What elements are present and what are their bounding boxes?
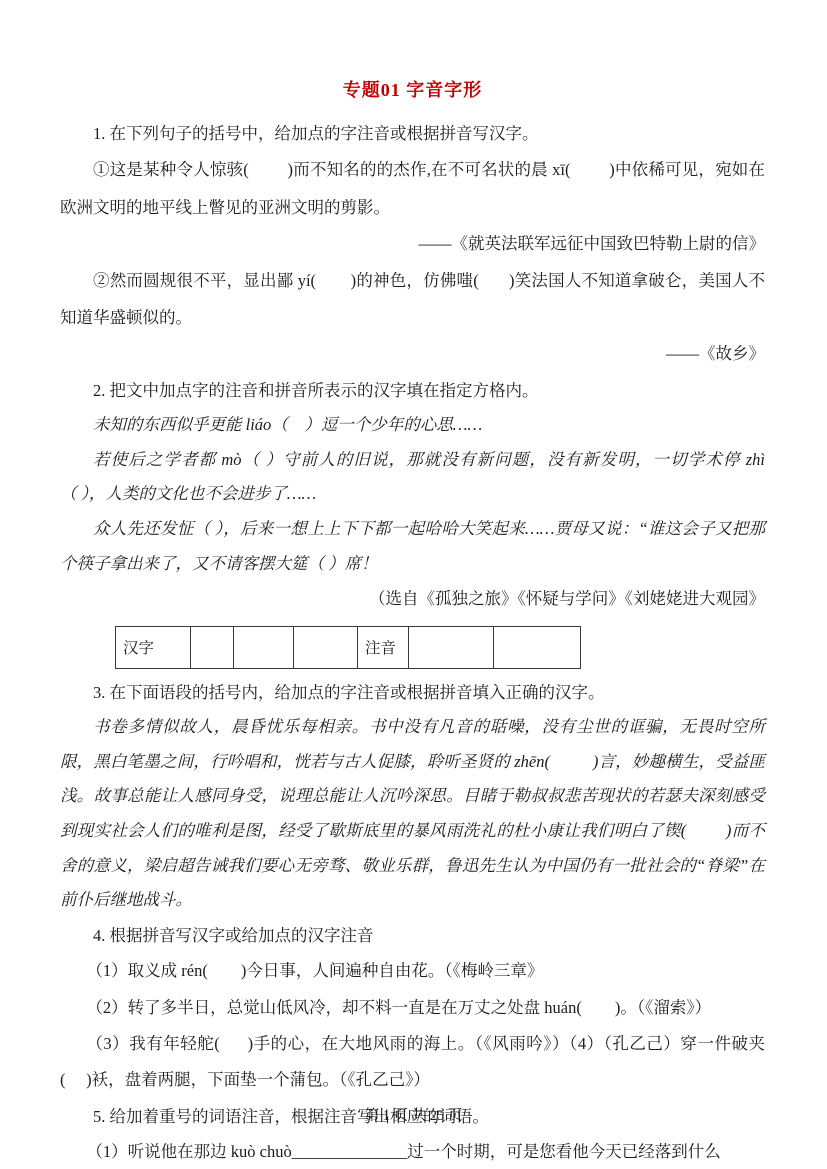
table-cell-zhuyin-label: 注音: [358, 626, 409, 668]
q1-item1: ①这是某种令人惊骇( )而不知名的的杰作,在不可名状的晨 xī( )中依稀可见，…: [60, 151, 765, 225]
q4-stem: 4. 根据拼音写汉字或给加点的汉字注音: [60, 918, 765, 953]
table-cell-blank: [409, 626, 494, 668]
q1-source2: ——《故乡》: [60, 336, 765, 372]
q2-passage-3: 众人先还发怔（ ），后来一想上上下下都一起哈哈大笑起来……贾母又说：“谁这会子又…: [60, 512, 765, 581]
worksheet-page: 专题01 字音字形 1. 在下列句子的括号中，给加点的字注音或根据拼音写汉字。 …: [0, 0, 827, 1169]
q3-stem: 3. 在下面语段的括号内，给加点的字注音或根据拼音填入正确的汉字。: [60, 675, 765, 710]
q2-passage-1: 未知的东西似乎更能 liáo（ ）逗一个少年的心思……: [60, 408, 765, 443]
table-cell-blank: [294, 626, 358, 668]
answer-table: 汉字 注音: [115, 626, 581, 669]
q4-item-3-4: （3）我有年轻舵( )手的心，在大地风雨的海上。（《风雨吟》）（4）（孔乙己）穿…: [60, 1026, 765, 1099]
q4-item-2: （2）转了多半日，总觉山低风冷，却不料一直是在万丈之处盘 huán( )。（《溜…: [60, 990, 765, 1026]
q2-stem: 2. 把文中加点字的注音和拼音所表示的汉字填在指定方格内。: [60, 373, 765, 408]
answer-table-row: 汉字 注音: [116, 626, 581, 668]
table-cell-hanzi-label: 汉字: [116, 626, 191, 668]
q3-passage: 书卷多情似故人，晨昏忧乐每相亲。书中没有凡音的聒噪，没有尘世的诓骗，无畏时空所限…: [60, 710, 765, 918]
page-title: 专题01 字音字形: [60, 76, 765, 102]
q1-source1: ——《就英法联军远征中国致巴特勒上尉的信》: [60, 226, 765, 262]
q4-item-1: （1）取义成 rén( )今日事，人间遍种自由花。（《梅岭三章》: [60, 953, 765, 989]
table-cell-blank: [191, 626, 234, 668]
q2-passage-2: 若使后之学者都 mò（ ）守前人的旧说，那就没有新问题，没有新发明，一切学术停 …: [60, 443, 765, 512]
table-cell-blank: [234, 626, 294, 668]
page-footer: 第 1 页 共 25 页: [0, 1104, 827, 1125]
q1-item2: ②然而圆规很不平，显出鄙 yí( )的神色，仿佛嗤( )笑法国人不知道拿破仑，美…: [60, 262, 765, 336]
q1-stem: 1. 在下列句子的括号中，给加点的字注音或根据拼音写汉字。: [60, 116, 765, 151]
q2-source: （选自《孤独之旅》《怀疑与学问》《刘姥姥进大观园》: [60, 581, 765, 617]
table-cell-blank: [494, 626, 581, 668]
q5-item-1: （1）听说他在那边 kuò chuò______________过一个时期，可是…: [60, 1134, 765, 1169]
